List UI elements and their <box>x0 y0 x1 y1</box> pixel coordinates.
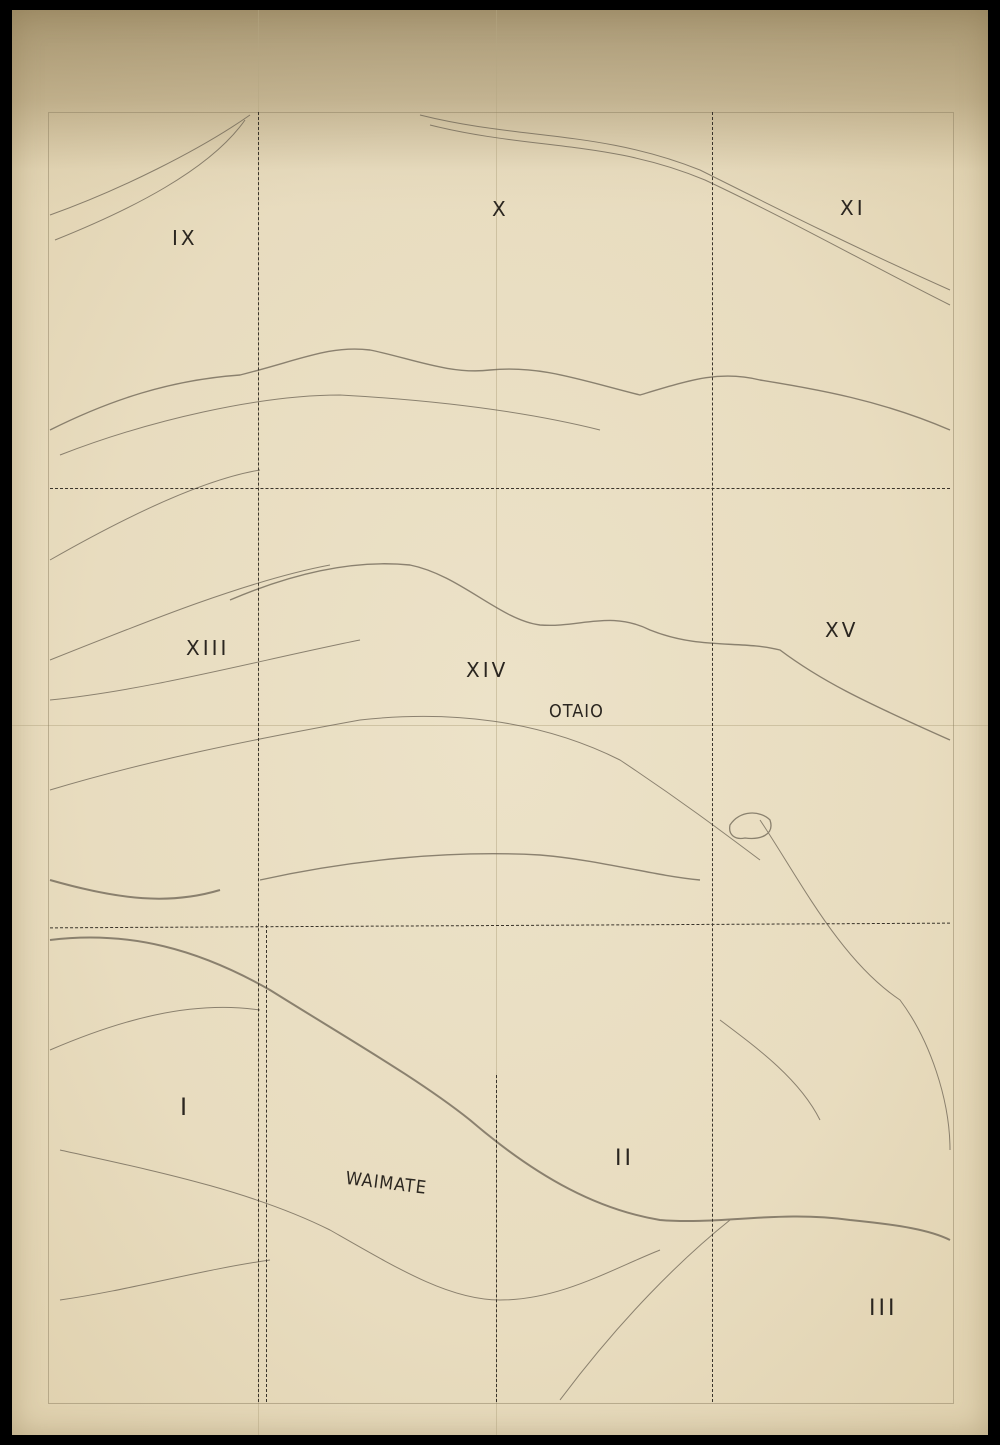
grid-line-vertical <box>496 1075 497 1402</box>
sheet-label-i: I <box>180 1093 190 1121</box>
sheet-label-iii: III <box>869 1296 897 1321</box>
sheet-label-x: X <box>492 197 509 221</box>
grid-line-vertical <box>258 112 259 1402</box>
sheet-label-xv: XV <box>825 618 858 642</box>
grid-line-vertical <box>266 925 267 1402</box>
grid-line-horizontal <box>50 488 950 489</box>
sheet-label-xiv: XIV <box>466 658 508 682</box>
sheet-label-ii: II <box>615 1146 634 1171</box>
grid-line-vertical <box>712 112 713 1402</box>
sheet-label-xi: XI <box>840 196 866 220</box>
place-name-otaio: OTAIO <box>549 701 604 722</box>
sheet-label-ix: IX <box>172 226 198 250</box>
sheet-label-xiii: XIII <box>186 636 229 660</box>
